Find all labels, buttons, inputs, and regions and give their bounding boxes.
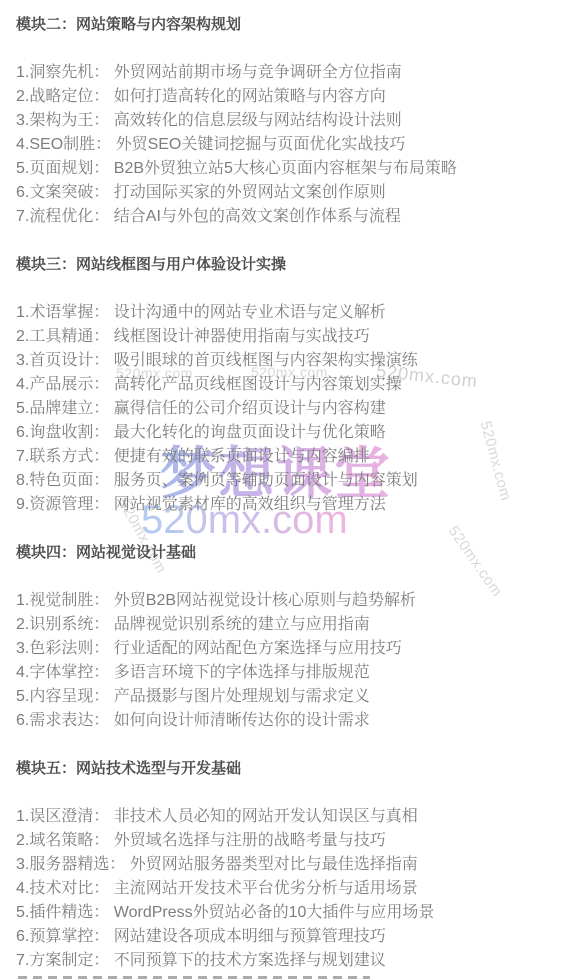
outline-item: 2.域名策略： 外贸域名选择与注册的战略考量与技巧 [16,829,568,853]
outline-item: 1.术语掌握： 设计沟通中的网站专业术语与定义解析 [16,301,568,325]
spacer [16,565,568,589]
outline-item: 4.产品展示： 高转化产品页线框图设计与内容策划实操 [16,373,568,397]
outline-item: 2.工具精通： 线框图设计神器使用指南与实战技巧 [16,325,568,349]
spacer [16,37,568,61]
outline-item: 5.内容呈现： 产品摄影与图片处理规划与需求定义 [16,685,568,709]
outline-item: 6.文案突破： 打动国际买家的外贸网站文案创作原则 [16,181,568,205]
outline-item: 2.战略定位： 如何打造高转化的网站策略与内容方向 [16,85,568,109]
outline-item: 1.洞察先机： 外贸网站前期市场与竞争调研全方位指南 [16,61,568,85]
outline-item: 5.插件精选： WordPress外贸站必备的10大插件与应用场景 [16,901,568,925]
outline-item: 9.资源管理： 网站视觉素材库的高效组织与管理方法 [16,493,568,517]
outline-item: 6.需求表达： 如何向设计师清晰传达你的设计需求 [16,709,568,733]
outline-item: 7.联系方式： 便捷有效的联系页面设计与内容编排 [16,445,568,469]
spacer [16,229,568,253]
outline-item: 2.识别系统： 品牌视觉识别系统的建立与应用指南 [16,613,568,637]
outline-item: 4.字体掌控： 多语言环境下的字体选择与排版规范 [16,661,568,685]
outline-item: 3.服务器精选： 外贸网站服务器类型对比与最佳选择指南 [16,853,568,877]
outline-item: 4.技术对比： 主流网站开发技术平台优劣分析与适用场景 [16,877,568,901]
outline-item: 7.流程优化： 结合AI与外包的高效文案创作体系与流程 [16,205,568,229]
outline-item: 6.询盘收割： 最大化转化的询盘页面设计与优化策略 [16,421,568,445]
outline-item: 3.架构为王： 高效转化的信息层级与网站结构设计法则 [16,109,568,133]
outline-item: 3.色彩法则： 行业适配的网站配色方案选择与应用技巧 [16,637,568,661]
module-5-heading: 模块五：网站技术选型与开发基础 [16,757,568,781]
outline-item: 1.视觉制胜： 外贸B2B网站视觉设计核心原则与趋势解析 [16,589,568,613]
outline-item: 4.SEO制胜： 外贸SEO关键词挖掘与页面优化实战技巧 [16,133,568,157]
module-3-heading: 模块三：网站线框图与用户体验设计实操 [16,253,568,277]
spacer [16,517,568,541]
module-4-heading: 模块四：网站视觉设计基础 [16,541,568,565]
outline-item: 3.首页设计： 吸引眼球的首页线框图与内容架构实操演练 [16,349,568,373]
outline-item: 6.预算掌控： 网站建设各项成本明细与预算管理技巧 [16,925,568,949]
spacer [16,733,568,757]
outline-item: 5.页面规划： B2B外贸独立站5大核心页面内容框架与布局策略 [16,157,568,181]
outline-item: 1.误区澄清： 非技术人员必知的网站开发认知误区与真相 [16,805,568,829]
outline-item: 7.方案制定： 不同预算下的技术方案选择与规划建议 [16,949,568,973]
outline-item: 8.特色页面： 服务页、案例页等辅助页面设计与内容策划 [16,469,568,493]
course-outline: 模块二：网站策略与内容架构规划 1.洞察先机： 外贸网站前期市场与竞争调研全方位… [0,0,576,979]
document-page: 520mx.com 520mx.com 520mx.com 梦想课堂 520mx… [0,0,576,979]
spacer [16,277,568,301]
module-2-heading: 模块二：网站策略与内容架构规划 [16,13,568,37]
outline-item: 5.品牌建立： 赢得信任的公司介绍页设计与内容构建 [16,397,568,421]
spacer [16,781,568,805]
